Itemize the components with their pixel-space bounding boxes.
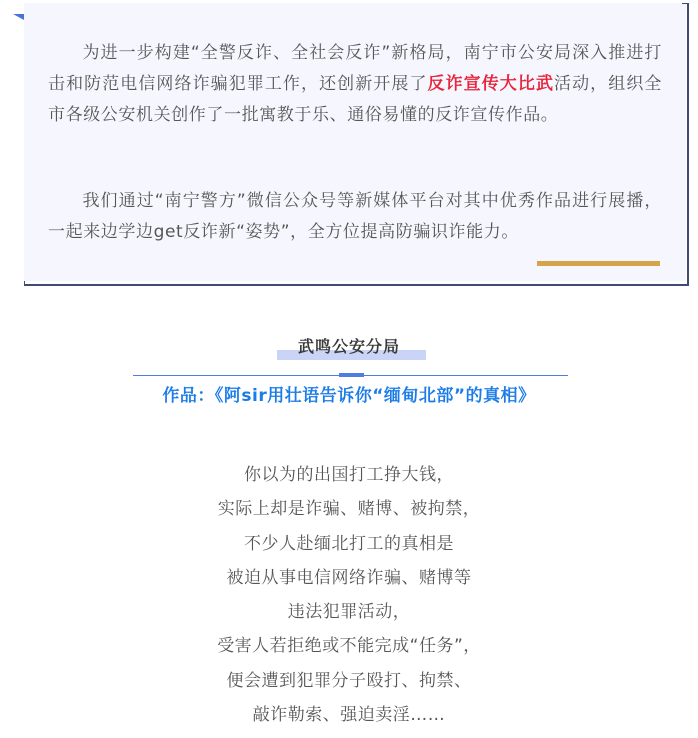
poem-line: 不少人赴缅北打工的真相是 [0, 527, 698, 561]
highlight-campaign-name: 反诈宣传大比武 [428, 74, 555, 94]
intro-paragraph-2-text: 我们通过“南宁警方”微信公众号等新媒体平台对其中优秀作品进行展播，一起来边学边g… [48, 191, 662, 242]
card-frame-left-tick [24, 281, 25, 285]
card-frame-right [687, 3, 689, 286]
section-header: 武鸣公安分局 [0, 336, 698, 358]
corner-triangle-decoration [13, 14, 24, 20]
card-frame-top-tick [682, 3, 688, 4]
poem-block: 你以为的出国打工挣大钱， 实际上却是诈骗、赌博、被拘禁， 不少人赴缅北打工的真相… [0, 458, 698, 732]
poem-line: 便会遭到犯罪分子殴打、拘禁、 [0, 664, 698, 698]
poem-line: 违法犯罪活动， [0, 595, 698, 629]
section-title: 武鸣公安分局 [298, 336, 400, 358]
gold-divider [537, 261, 660, 266]
poem-line: 被迫从事电信网络诈骗、赌博等 [0, 561, 698, 595]
poem-line: 实际上却是诈骗、赌博、被拘禁， [0, 492, 698, 526]
poem-line: 敲诈勒索、强迫卖淫…… [0, 698, 698, 732]
work-title: 作品：《阿sir用壮语告诉你“缅甸北部”的真相》 [0, 384, 698, 408]
intro-paragraph-2: 我们通过“南宁警方”微信公众号等新媒体平台对其中优秀作品进行展播，一起来边学边g… [48, 186, 662, 248]
card-frame-bottom [24, 284, 689, 286]
poem-line: 你以为的出国打工挣大钱， [0, 458, 698, 492]
intro-paragraph-1: 为进一步构建“全警反诈、全社会反诈”新格局，南宁市公安局深入推进打击和防范电信网… [48, 38, 662, 131]
section-divider-tab [339, 373, 364, 377]
poem-line: 受害人若拒绝或不能完成“任务”， [0, 629, 698, 663]
